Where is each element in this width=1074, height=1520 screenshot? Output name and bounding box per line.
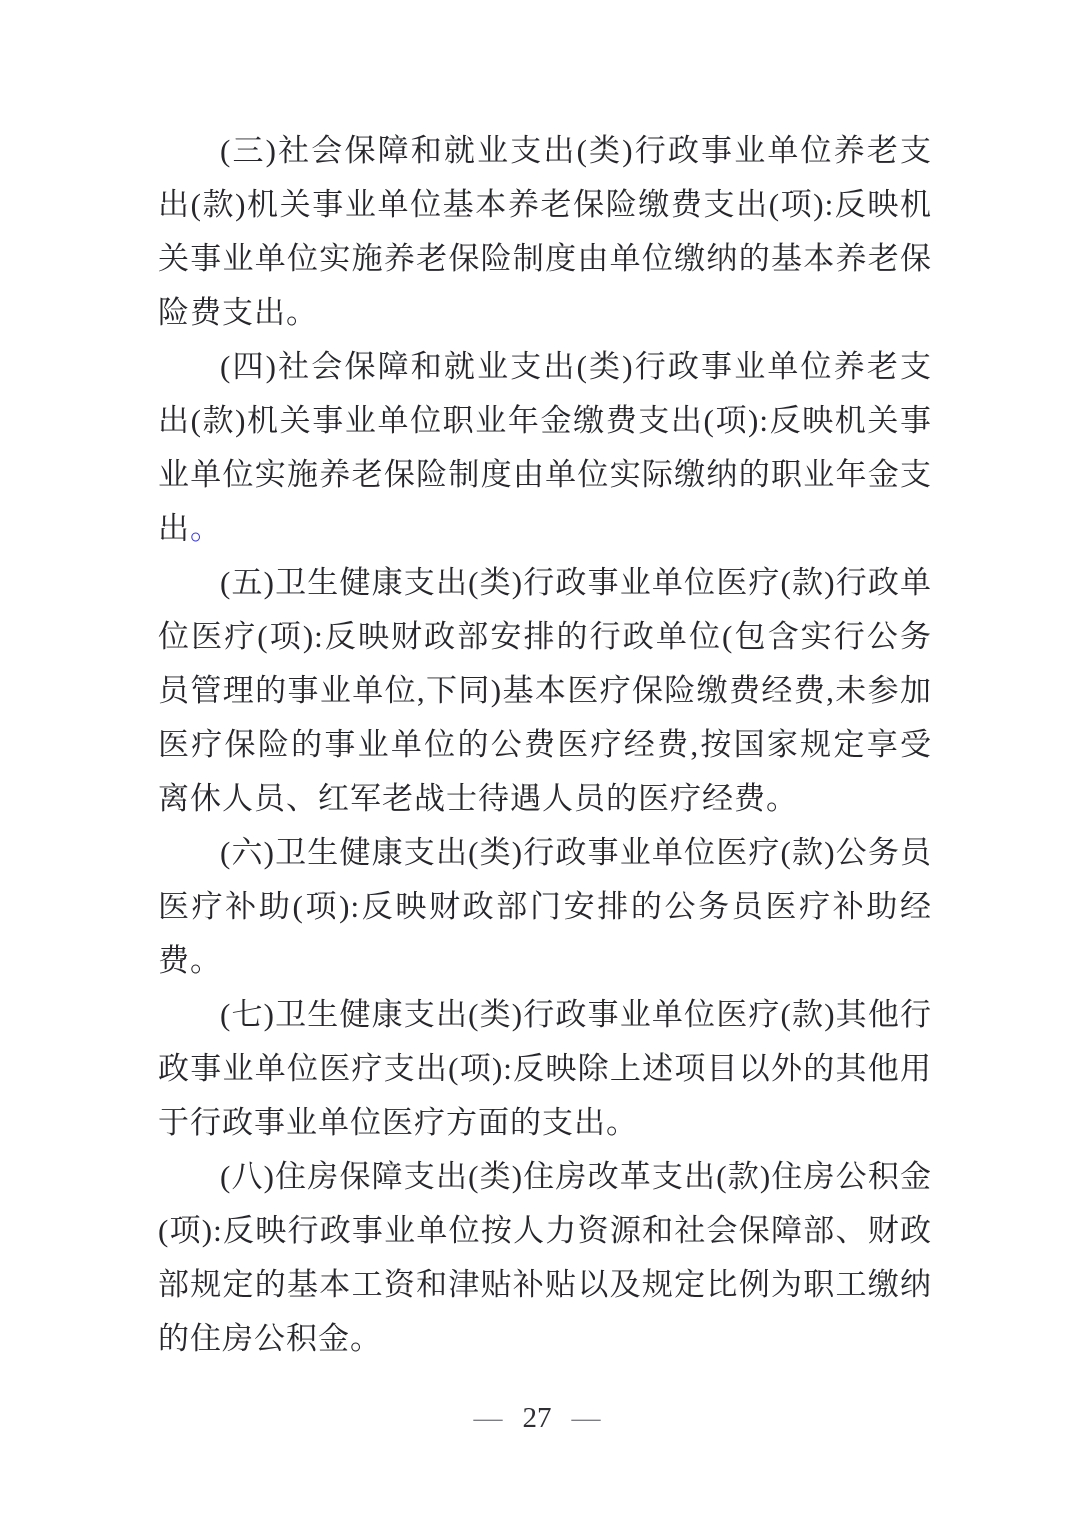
paragraph-text: (七)卫生健康支出(类)行政事业单位医疗(款)其他行政事业单位医疗支出(项):反…	[158, 997, 932, 1140]
paragraph-text: (三)社会保障和就业支出(类)行政事业单位养老支出(款)机关事业单位基本养老保险…	[158, 133, 932, 330]
footer-left-dash: —	[474, 1402, 503, 1434]
paragraph-item-8: (八)住房保障支出(类)住房改革支出(款)住房公积金(项):反映行政事业单位按人…	[158, 1150, 932, 1366]
paragraph-text: (八)住房保障支出(类)住房改革支出(款)住房公积金(项):反映行政事业单位按人…	[158, 1159, 932, 1356]
page-footer: —27—	[0, 1402, 1074, 1435]
paragraph-item-4: (四)社会保障和就业支出(类)行政事业单位养老支出(款)机关事业单位职业年金缴费…	[158, 340, 932, 556]
footer-right-dash: —	[572, 1402, 601, 1434]
paragraph-text: (四)社会保障和就业支出(类)行政事业单位养老支出(款)机关事业单位职业年金缴费…	[158, 349, 932, 546]
document-page: (三)社会保障和就业支出(类)行政事业单位养老支出(款)机关事业单位基本养老保险…	[0, 0, 1074, 1520]
document-body: (三)社会保障和就业支出(类)行政事业单位养老支出(款)机关事业单位基本养老保险…	[158, 124, 932, 1366]
paragraph-text: (六)卫生健康支出(类)行政事业单位医疗(款)公务员医疗补助(项):反映财政部门…	[158, 835, 932, 978]
paragraph-item-5: (五)卫生健康支出(类)行政事业单位医疗(款)行政单位医疗(项):反映财政部安排…	[158, 556, 932, 826]
paragraph-item-3: (三)社会保障和就业支出(类)行政事业单位养老支出(款)机关事业单位基本养老保险…	[158, 124, 932, 340]
page-number: 27	[523, 1402, 552, 1434]
blue-period-mark: 。	[190, 511, 222, 546]
paragraph-item-7: (七)卫生健康支出(类)行政事业单位医疗(款)其他行政事业单位医疗支出(项):反…	[158, 988, 932, 1150]
paragraph-text: (五)卫生健康支出(类)行政事业单位医疗(款)行政单位医疗(项):反映财政部安排…	[158, 565, 932, 816]
paragraph-item-6: (六)卫生健康支出(类)行政事业单位医疗(款)公务员医疗补助(项):反映财政部门…	[158, 826, 932, 988]
